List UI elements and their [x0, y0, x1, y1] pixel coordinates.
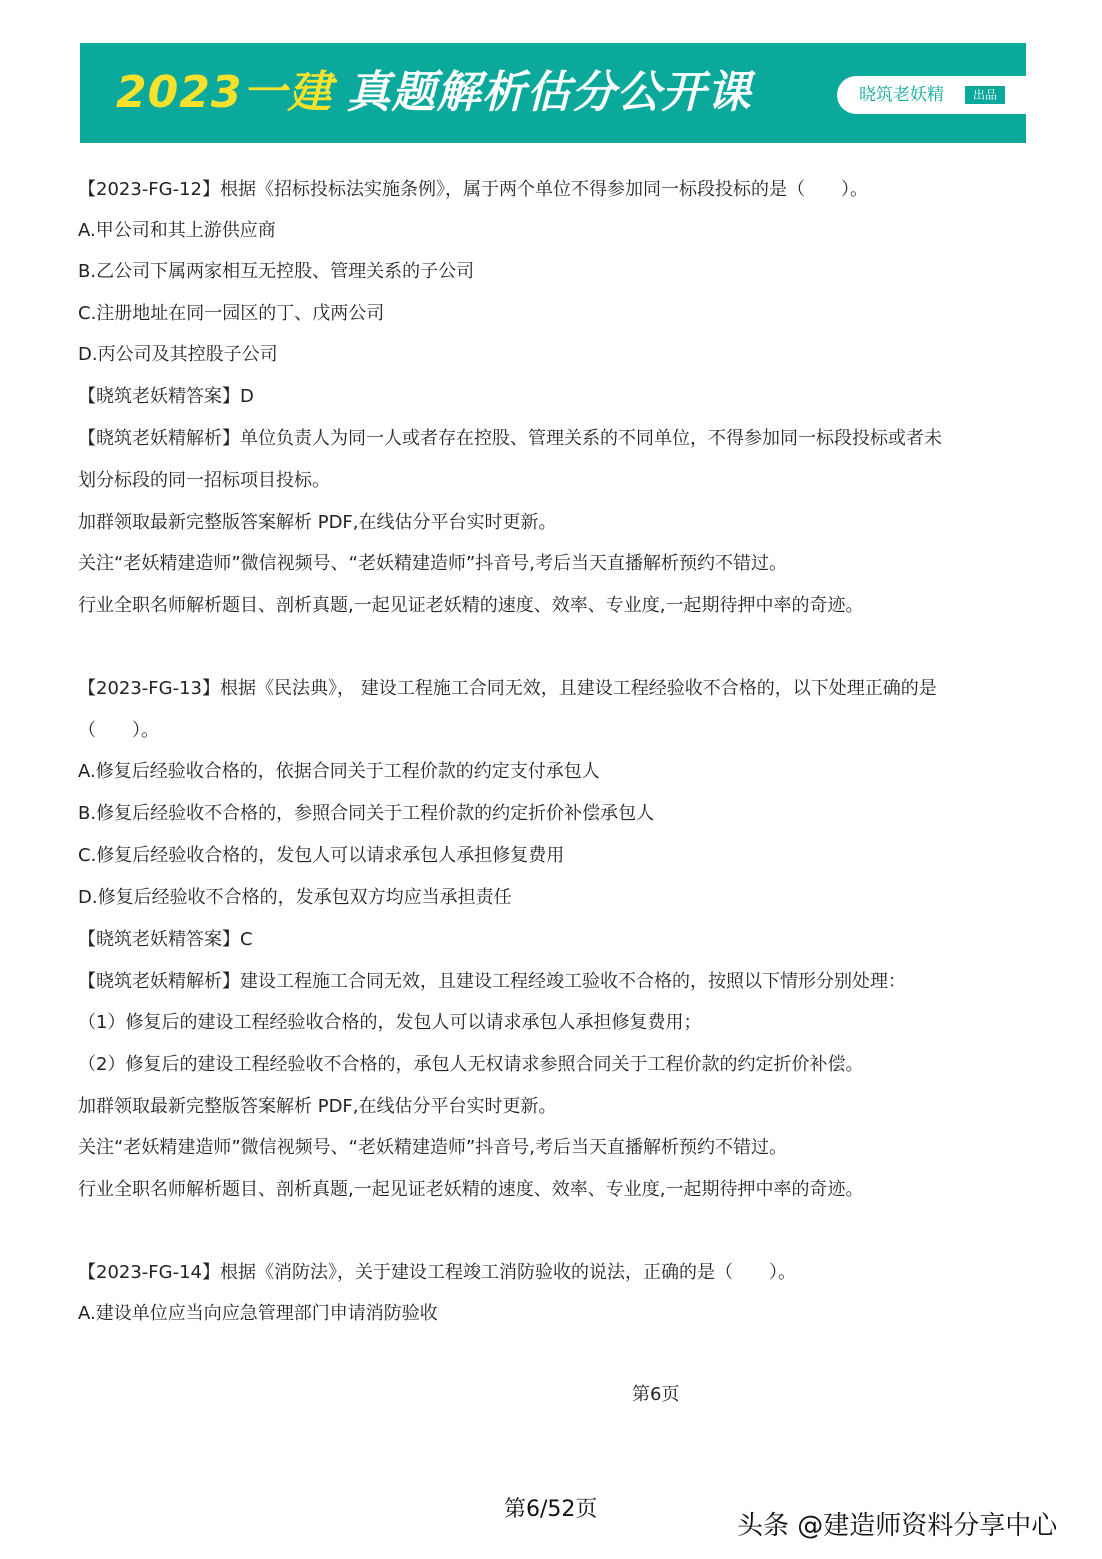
promo-line: 关注“老妖精建造师”微信视频号、“老妖精建造师”抖音号,考后当天直播解析预约不错… — [78, 552, 787, 576]
question-stem: 【2023-FG-12】根据《招标投标法实施条例》，属于两个单位不得参加同一标段… — [78, 178, 868, 202]
option-c: C.注册地址在同一园区的丁、戊两公司 — [78, 302, 384, 326]
promo-line: 加群领取最新完整版答案解析 PDF,在线估分平台实时更新。 — [78, 511, 557, 535]
watermark: 头条 @建造师资料分享中心 — [737, 1505, 1057, 1542]
analysis-item-2: （2）修复后的建设工程经验收不合格的，承包人无权请求参照合同关于工程价款的约定折… — [78, 1053, 863, 1077]
page-number-label: 第6页 — [632, 1380, 679, 1406]
option-d: D.丙公司及其控股子公司 — [78, 343, 278, 367]
promo-line: 加群领取最新完整版答案解析 PDF,在线估分平台实时更新。 — [78, 1095, 557, 1119]
promo-line: 行业全职名师解析题目、剖析真题,一起见证老妖精的速度、效率、专业度,一起期待押中… — [78, 1178, 863, 1202]
banner-title: 2023一建真题解析估分公开课 — [116, 65, 751, 121]
question-stem-cont: （ ）。 — [78, 719, 159, 743]
option-d: D.修复后经验收不合格的，发承包双方均应当承担责任 — [78, 886, 512, 910]
question-stem: 【2023-FG-13】根据《民法典》， 建设工程施工合同无效，且建设工程经验收… — [78, 677, 937, 701]
promo-line: 关注“老妖精建造师”微信视频号、“老妖精建造师”抖音号,考后当天直播解析预约不错… — [78, 1136, 787, 1160]
option-b: B.乙公司下属两家相互无控股、管理关系的子公司 — [78, 260, 474, 284]
option-a: A.修复后经验收合格的，依据合同关于工程价款的约定支付承包人 — [78, 760, 600, 784]
analysis: 【晓筑老妖精解析】建设工程施工合同无效，且建设工程经竣工验收不合格的，按照以下情… — [78, 970, 906, 994]
brand-name: 晓筑老妖精 — [859, 83, 944, 107]
brand-badge: 晓筑老妖精 出品 — [837, 76, 1037, 114]
promo-line: 行业全职名师解析题目、剖析真题,一起见证老妖精的速度、效率、专业度,一起期待押中… — [78, 594, 863, 618]
question-stem: 【2023-FG-14】根据《消防法》，关于建设工程竣工消防验收的说法，正确的是… — [78, 1261, 796, 1285]
option-a: A.甲公司和其上游供应商 — [78, 219, 276, 243]
banner-title-rest: 真题解析估分公开课 — [346, 67, 751, 118]
page-footer-counter: 第6/52页 — [504, 1492, 597, 1523]
banner-title-year: 2023一建 — [116, 67, 332, 118]
brand-tag: 出品 — [965, 86, 1005, 104]
answer: 【晓筑老妖精答案】C — [78, 928, 253, 952]
option-b: B.修复后经验收不合格的，参照合同关于工程价款的约定折价补偿承包人 — [78, 802, 654, 826]
course-banner: 2023一建真题解析估分公开课 晓筑老妖精 出品 — [80, 43, 1026, 143]
analysis-cont: 划分标段的同一招标项目投标。 — [78, 469, 330, 493]
option-c: C.修复后经验收合格的，发包人可以请求承包人承担修复费用 — [78, 844, 564, 868]
option-a: A.建设单位应当向应急管理部门申请消防验收 — [78, 1302, 438, 1326]
analysis: 【晓筑老妖精解析】单位负责人为同一人或者存在控股、管理关系的不同单位，不得参加同… — [78, 427, 942, 451]
analysis-item-1: （1）修复后的建设工程经验收合格的，发包人可以请求承包人承担修复费用； — [78, 1011, 701, 1035]
answer: 【晓筑老妖精答案】D — [78, 385, 254, 409]
